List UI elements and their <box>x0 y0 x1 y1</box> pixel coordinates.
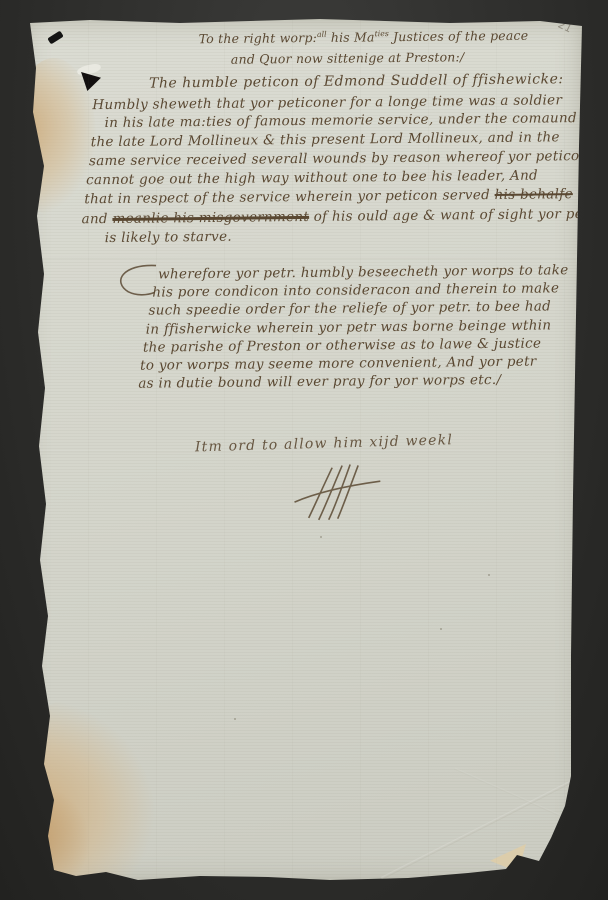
deleted-text: his behalfe <box>495 186 573 203</box>
manuscript-line-with-deletion: and meanlie his misgovernment of his oul… <box>81 206 595 227</box>
paraph-flourish-mark <box>288 461 389 524</box>
manuscript-line: in ffisherwicke wherein yor petr was bor… <box>146 317 552 337</box>
manuscript-line: his pore condicon into consideracon and … <box>152 280 559 300</box>
manuscript-line: as in dutie bound will ever pray for yor… <box>138 372 501 392</box>
heading-text: Justices of the peace <box>389 28 529 44</box>
manuscript-text: of his ould age & want of sight yor petr <box>309 206 595 225</box>
manuscript-line: cannot goe out the high way without one … <box>86 168 538 189</box>
manuscript-line: the late Lord Mollineux & this present L… <box>91 129 560 150</box>
superscript-abbreviation: ties <box>375 29 389 38</box>
heading-line: To the right worp:all his Maties Justice… <box>199 28 529 47</box>
manuscript-text: that in respect of the service wherein y… <box>84 187 494 207</box>
manuscript-line: in his late ma:ties of famous memorie se… <box>104 110 595 131</box>
manuscript-line: is likely to starve. <box>105 229 232 246</box>
heading-line: and Quor now sittenige at Preston:/ <box>231 49 465 66</box>
manuscript-text-block: To the right worp:all his Maties Justice… <box>15 13 590 891</box>
manuscript-line: to yor worps may seeme more convenient, … <box>140 354 537 374</box>
manuscript-line-with-deletion: that in respect of the service wherein y… <box>84 186 573 207</box>
petition-title-line: The humble peticon of Edmond Suddell of … <box>149 71 564 91</box>
endorsement-line: Itm ord to allow him xijd weekl <box>195 432 454 455</box>
heading-text: his Ma <box>327 29 375 45</box>
manuscript-text: and <box>81 211 112 227</box>
manuscript-line: such speedie order for the reliefe of yo… <box>148 298 551 318</box>
manuscript-page: 21 To the right worp:all his Maties Just… <box>20 16 586 888</box>
heading-text: To the right worp: <box>199 30 318 46</box>
superscript-abbreviation: all <box>317 30 327 39</box>
manuscript-line: the parishe of Preston or otherwise as t… <box>143 335 541 355</box>
photo-background: 21 To the right worp:all his Maties Just… <box>0 0 608 900</box>
manuscript-line: same service received severall wounds by… <box>89 148 589 169</box>
deleted-text: meanlie his misgovernment <box>112 209 309 227</box>
manuscript-line: wherefore yor petr. humbly beseecheth yo… <box>158 262 569 282</box>
